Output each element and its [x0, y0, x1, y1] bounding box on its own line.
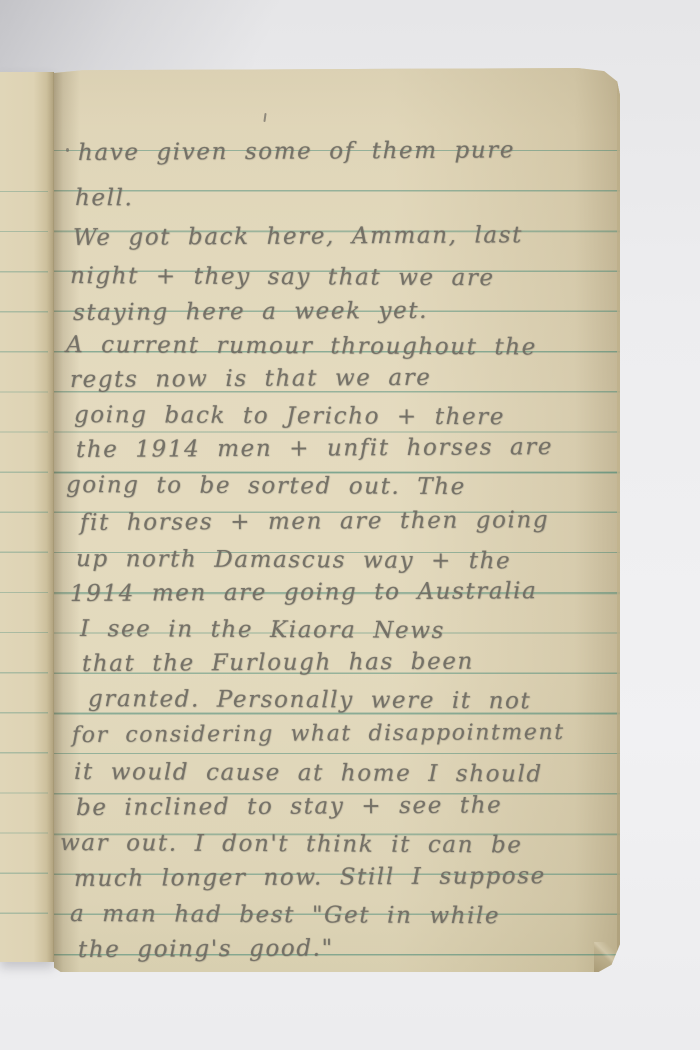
handwritten-line: granted. Personally were it not — [88, 686, 531, 714]
handwriting-layer: have given some of them pure hell. We go… — [54, 140, 620, 972]
notebook-page: have given some of them pure hell. We go… — [54, 68, 620, 972]
handwritten-line: that the Furlough has been — [82, 649, 474, 677]
handwritten-line: a man had best "Get in while — [70, 901, 500, 929]
handwritten-line: I see in the Kiaora News — [80, 616, 445, 644]
handwritten-line: much longer now. Still I suppose — [74, 863, 546, 892]
facing-page-edge — [0, 72, 54, 962]
handwritten-line: regts now is that we are — [70, 365, 432, 393]
facing-page-ruled-lines — [0, 152, 48, 952]
handwritten-line: fit horses + men are then going — [80, 507, 549, 536]
handwritten-line: the 1914 men + unfit horses are — [76, 434, 553, 463]
handwritten-line: 1914 men are going to Australia — [70, 578, 538, 607]
handwritten-line: the going's good." — [78, 935, 334, 963]
handwritten-line: up north Damascus way + the — [76, 546, 511, 574]
handwritten-line: for considering what disappointment — [72, 720, 565, 748]
handwritten-line: hell. — [75, 185, 134, 211]
handwritten-line: We got back here, Amman, last — [73, 222, 523, 251]
handwritten-line: it would cause at home I should — [74, 759, 543, 787]
handwritten-line: going back to Jericho + there — [74, 402, 505, 430]
handwritten-line: A current rumour throughout the — [66, 332, 537, 360]
handwritten-line: night + they say that we are — [70, 263, 495, 291]
handwritten-line: have given some of them pure — [78, 137, 515, 166]
handwritten-line: going to be sorted out. The — [66, 472, 466, 500]
handwritten-line: war out. I don't think it can be — [60, 830, 523, 858]
handwritten-line: be inclined to stay + see the — [76, 792, 502, 821]
handwritten-line: staying here a week yet. — [73, 298, 428, 326]
